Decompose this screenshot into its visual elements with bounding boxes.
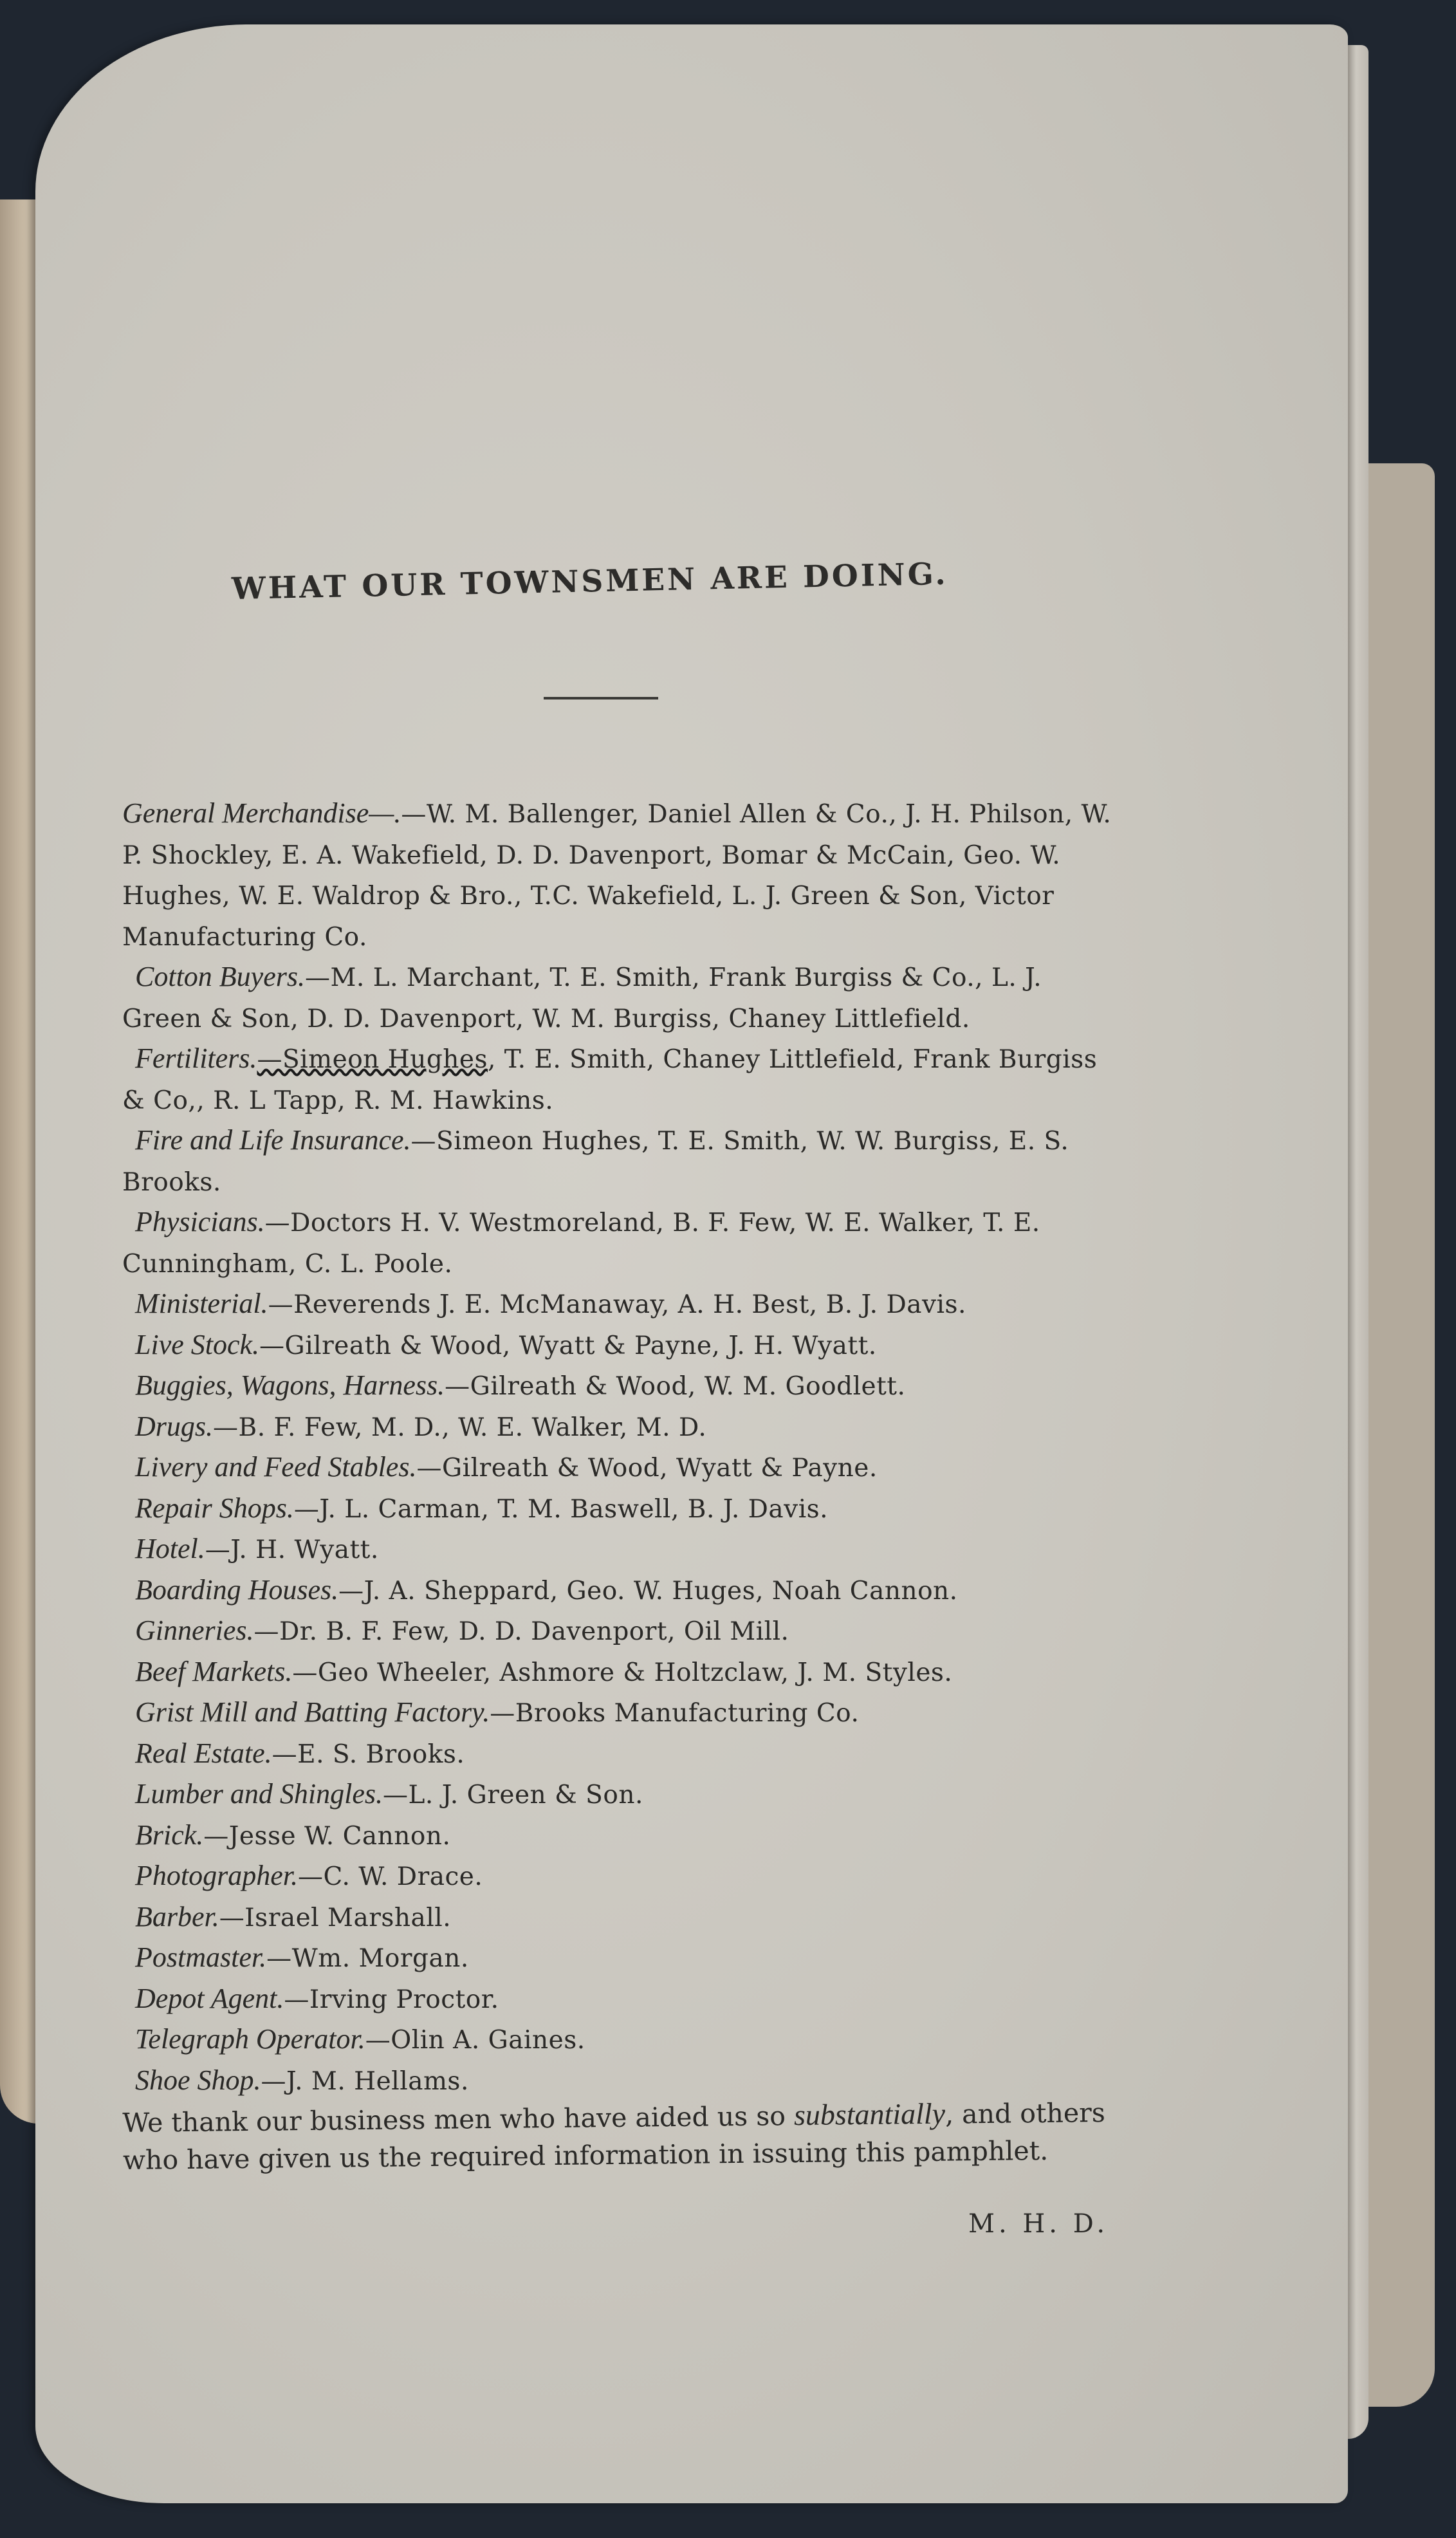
entry-category: Buggies, Wagons, Harness. xyxy=(135,1369,445,1401)
entry-category: Depot Agent. xyxy=(135,1983,284,2014)
entry-names: —J. M. Hellams. xyxy=(261,2067,469,2096)
entry-category: Ginneries. xyxy=(135,1615,254,1646)
entry-names: —B. F. Few, M. D., W. E. Walker, M. D. xyxy=(213,1413,706,1442)
entry-category: Real Estate. xyxy=(135,1737,272,1769)
entry-category: Brick. xyxy=(135,1819,203,1851)
entry-grist-mill: Grist Mill and Batting Factory.—Brooks M… xyxy=(122,1692,1126,1734)
pamphlet-page: WHAT OUR TOWNSMEN ARE DOING. General Mer… xyxy=(35,24,1348,2503)
entry-boarding-houses: Boarding Houses.—J. A. Sheppard, Geo. W.… xyxy=(122,1570,1126,1611)
entry-general-merchandise: General Merchandise—.—W. M. Ballenger, D… xyxy=(122,793,1126,957)
entry-names: —J. A. Sheppard, Geo. W. Huges, Noah Can… xyxy=(338,1577,957,1606)
entry-names: —Gilreath & Wood, W. M. Goodlett. xyxy=(445,1372,905,1401)
entry-fire-life-insurance: Fire and Life Insurance.—Simeon Hughes, … xyxy=(122,1120,1126,1202)
entry-names: —E. S. Brooks. xyxy=(272,1740,465,1769)
entry-category: Shoe Shop. xyxy=(135,2064,261,2096)
entry-names: —Irving Proctor. xyxy=(284,1985,499,2014)
entry-buggies-wagons-harness: Buggies, Wagons, Harness.—Gilreath & Woo… xyxy=(122,1366,1126,1407)
entry-names: —Wm. Morgan. xyxy=(266,1944,469,1973)
entry-photographer: Photographer.—C. W. Drace. xyxy=(122,1856,1126,1897)
entry-drugs: Drugs.—B. F. Few, M. D., W. E. Walker, M… xyxy=(122,1407,1126,1448)
entry-names: —Dr. B. F. Few, D. D. Davenport, Oil Mil… xyxy=(254,1617,789,1646)
entry-names: —Reverends J. E. McManaway, A. H. Best, … xyxy=(268,1290,966,1319)
author-initials: M. H. D. xyxy=(968,2209,1109,2239)
entry-category: Lumber and Shingles. xyxy=(135,1778,383,1810)
entry-category: Livery and Feed Stables. xyxy=(135,1451,416,1483)
entry-names: —Gilreath & Wood, Wyatt & Payne. xyxy=(416,1454,877,1483)
entry-hotel: Hotel.—J. H. Wyatt. xyxy=(122,1529,1126,1570)
entry-names: —J. H. Wyatt. xyxy=(205,1535,379,1564)
entry-category: Hotel. xyxy=(135,1533,205,1564)
entry-names: —J. L. Carman, T. M. Baswell, B. J. Davi… xyxy=(294,1495,828,1524)
acknowledgement-emphasis: substantially xyxy=(794,2097,946,2131)
entry-physicians: Physicians.—Doctors H. V. Westmoreland, … xyxy=(122,1202,1126,1284)
entry-category: Repair Shops. xyxy=(135,1492,294,1524)
entry-livery-feed-stables: Livery and Feed Stables.—Gilreath & Wood… xyxy=(122,1447,1126,1488)
page-stack-edge xyxy=(1348,45,1368,2439)
entry-category: Physicians. xyxy=(135,1206,265,1237)
entry-brick: Brick.—Jesse W. Cannon. xyxy=(122,1815,1126,1857)
entry-category: General Merchandise—. xyxy=(122,797,401,829)
entry-ministerial: Ministerial.—Reverends J. E. McManaway, … xyxy=(122,1284,1126,1325)
business-directory: General Merchandise—.—W. M. Ballenger, D… xyxy=(122,793,1126,2205)
entry-category: Fire and Life Insurance. xyxy=(135,1124,411,1156)
entry-fertilizers: Fertiliters.—Simeon Hughes, T. E. Smith,… xyxy=(122,1039,1126,1120)
entry-names: —Olin A. Gaines. xyxy=(365,2026,585,2055)
acknowledgement-text: We thank our business men who have aided… xyxy=(122,2100,794,2138)
entry-category: Photographer. xyxy=(135,1860,298,1891)
entry-ginneries: Ginneries.—Dr. B. F. Few, D. D. Davenpor… xyxy=(122,1611,1126,1652)
entry-category: Live Stock. xyxy=(135,1329,259,1360)
entry-category: Grist Mill and Batting Factory. xyxy=(135,1696,490,1728)
entry-barber: Barber.—Israel Marshall. xyxy=(122,1897,1126,1938)
entry-beef-markets: Beef Markets.—Geo Wheeler, Ashmore & Hol… xyxy=(122,1652,1126,1693)
entry-category: Postmaster. xyxy=(135,1941,266,1973)
entry-category: Telegraph Operator. xyxy=(135,2023,365,2055)
entry-repair-shops: Repair Shops.—J. L. Carman, T. M. Baswel… xyxy=(122,1488,1126,1530)
entry-names: —Geo Wheeler, Ashmore & Holtzclaw, J. M.… xyxy=(292,1658,952,1687)
entry-category: Barber. xyxy=(135,1901,219,1932)
entry-real-estate: Real Estate.—E. S. Brooks. xyxy=(122,1734,1126,1775)
entry-names: —Jesse W. Cannon. xyxy=(203,1822,450,1851)
entry-postmaster: Postmaster.—Wm. Morgan. xyxy=(122,1938,1126,1979)
page-title: WHAT OUR TOWNSMEN ARE DOING. xyxy=(231,557,939,607)
entry-depot-agent: Depot Agent.—Irving Proctor. xyxy=(122,1979,1126,2020)
entry-live-stock: Live Stock.—Gilreath & Wood, Wyatt & Pay… xyxy=(122,1325,1126,1366)
entry-lumber-shingles: Lumber and Shingles.—L. J. Green & Son. xyxy=(122,1774,1126,1815)
title-separator-rule xyxy=(544,697,658,699)
entry-category: Cotton Buyers. xyxy=(135,961,305,992)
entry-names: —Gilreath & Wood, Wyatt & Payne, J. H. W… xyxy=(259,1331,877,1360)
entry-telegraph-operator: Telegraph Operator.—Olin A. Gaines. xyxy=(122,2019,1126,2061)
entry-category: Ministerial. xyxy=(135,1288,268,1319)
entry-names: —L. J. Green & Son. xyxy=(383,1781,643,1810)
entry-category: Boarding Houses. xyxy=(135,1574,338,1606)
entry-names: —Israel Marshall. xyxy=(219,1903,451,1932)
entry-category: Fertiliters. xyxy=(135,1042,257,1074)
entry-cotton-buyers: Cotton Buyers.—M. L. Marchant, T. E. Smi… xyxy=(122,957,1126,1039)
entry-category: Drugs. xyxy=(135,1411,213,1442)
entry-names: —C. W. Drace. xyxy=(298,1862,483,1891)
handwritten-underline-annotation: —Simeon Hughes xyxy=(257,1045,488,1074)
entry-names: —Brooks Manufacturing Co. xyxy=(490,1699,859,1728)
entry-category: Beef Markets. xyxy=(135,1656,292,1687)
acknowledgement-paragraph: We thank our business men who have aided… xyxy=(122,2093,1127,2179)
